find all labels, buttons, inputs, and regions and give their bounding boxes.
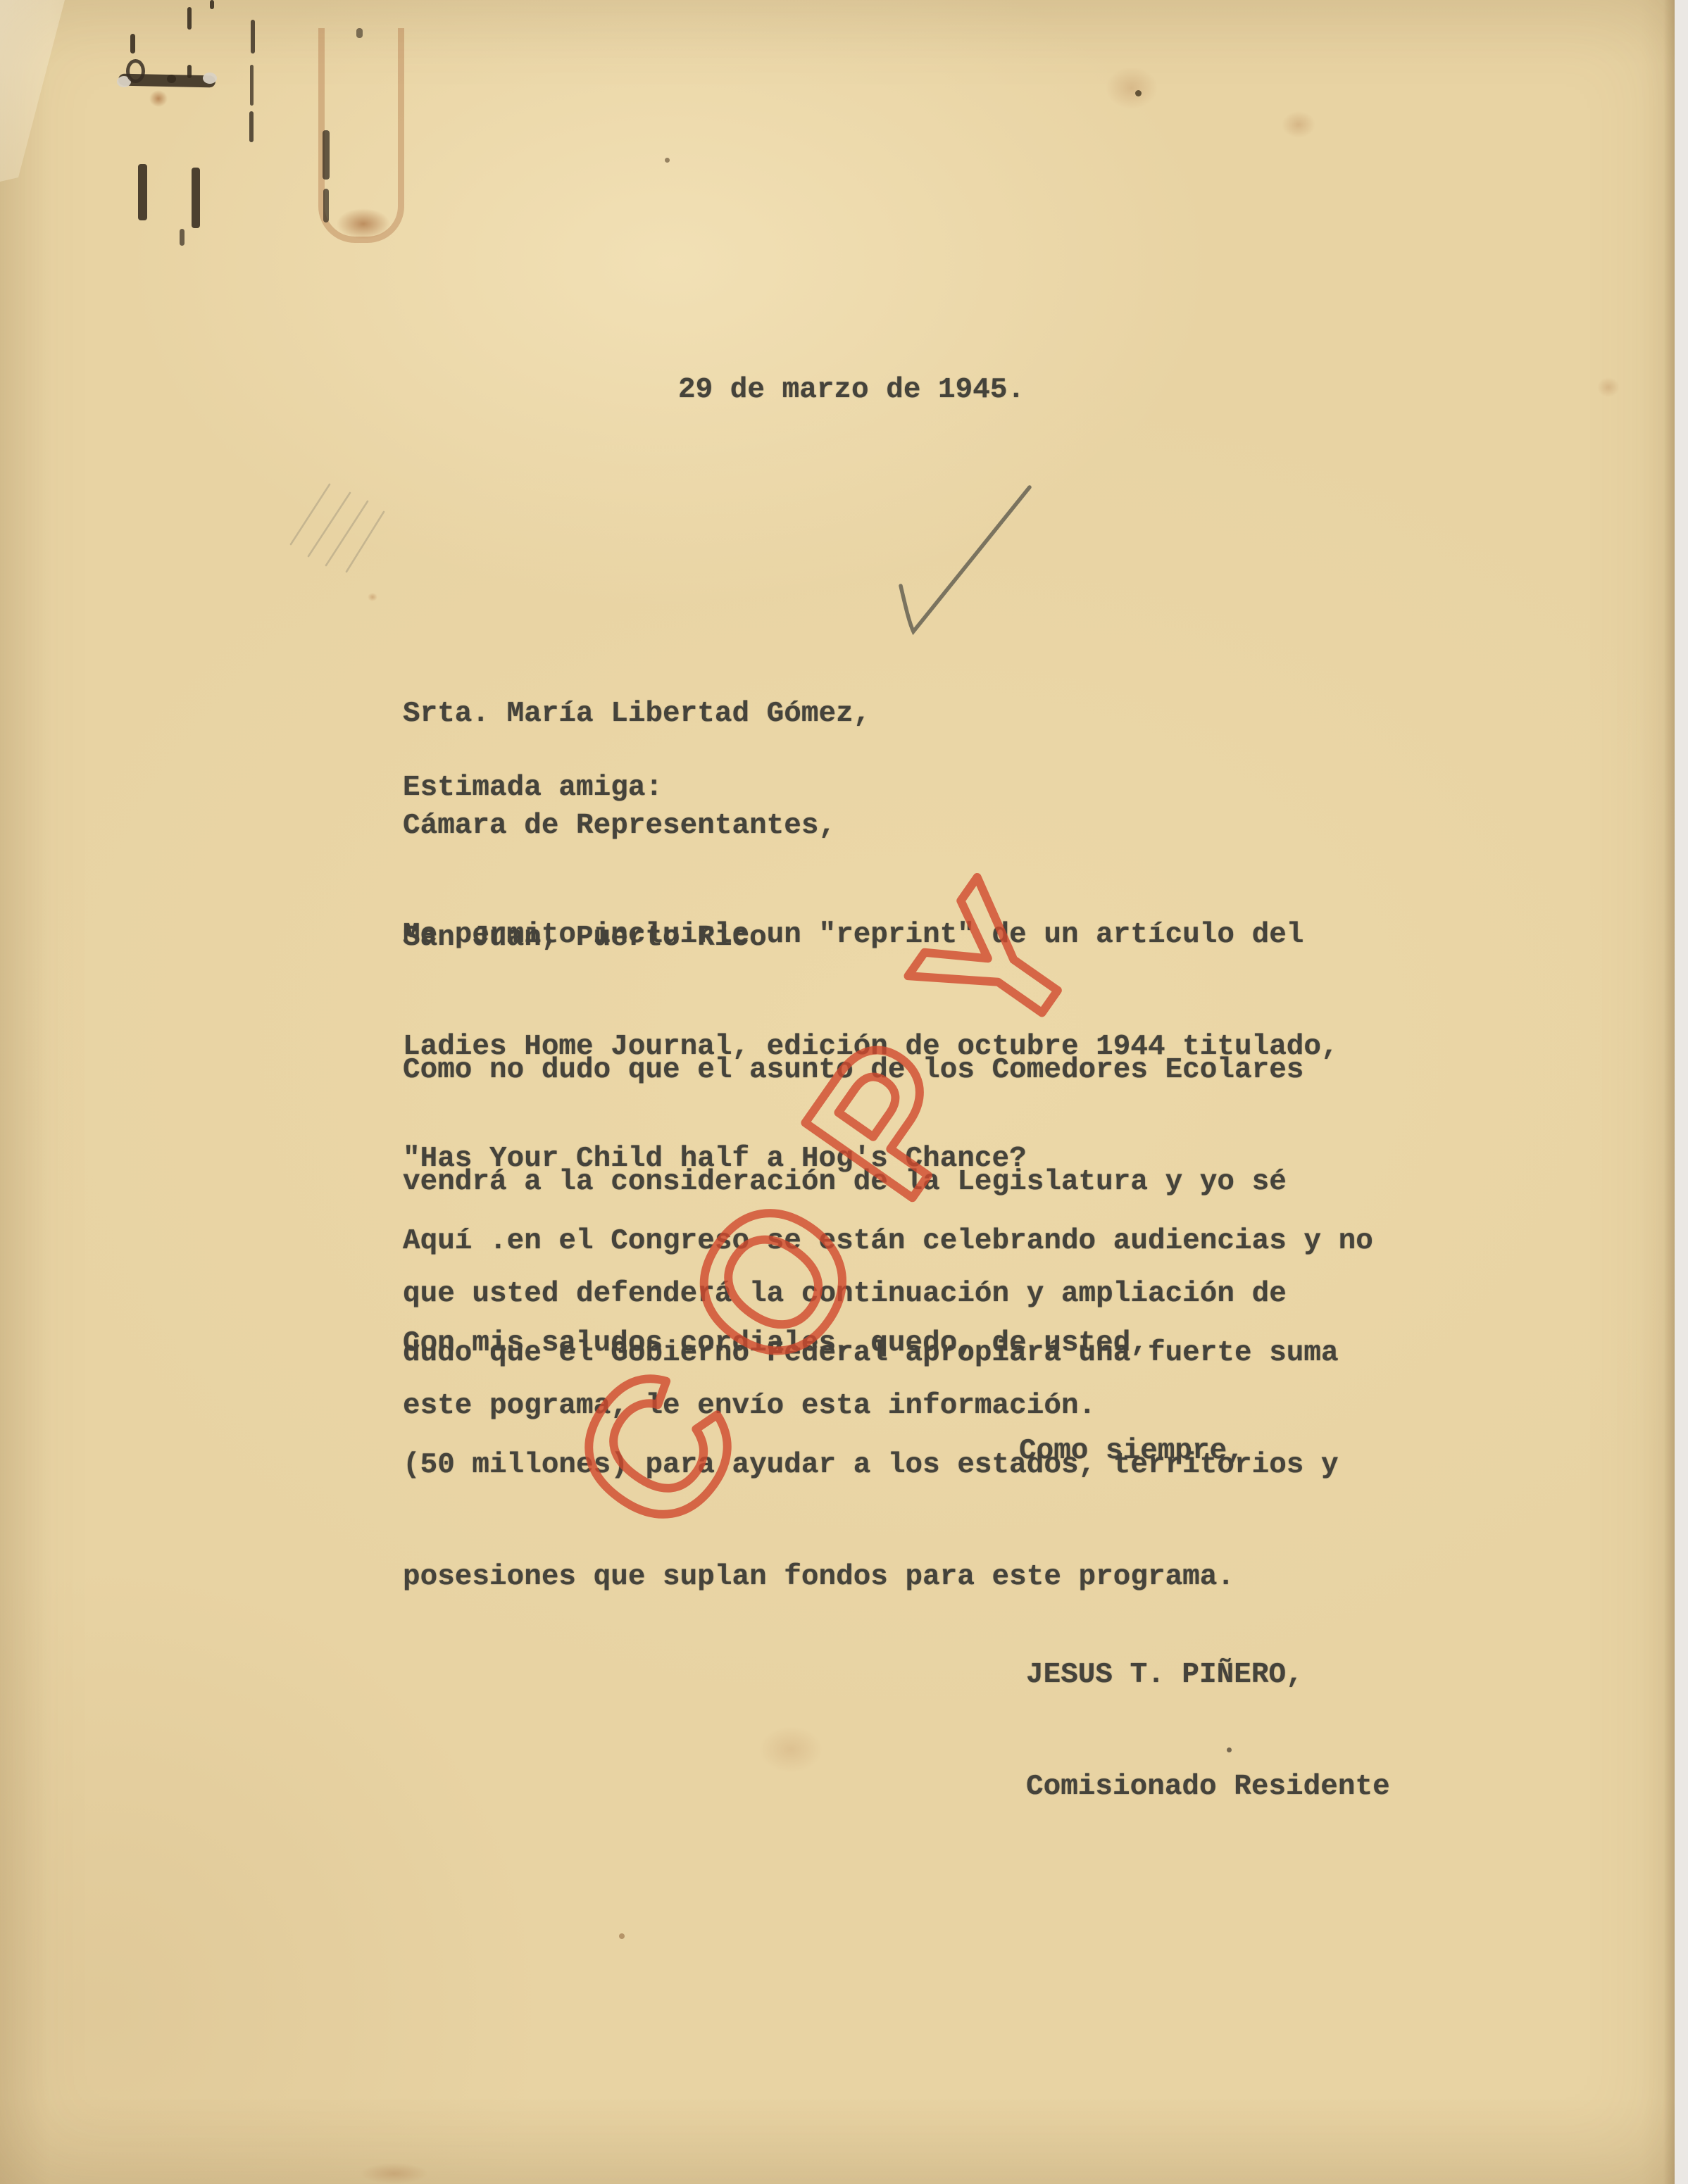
- signature-block: JESUS T. PIÑERO, Comisionado Residente: [1026, 1582, 1390, 1881]
- signature-name: JESUS T. PIÑERO,: [1026, 1657, 1390, 1694]
- recipient-line: Srta. María Libertad Gómez,: [403, 696, 870, 733]
- signature-title: Comisionado Residente: [1026, 1769, 1390, 1806]
- salutation: Estimada amiga:: [403, 770, 663, 807]
- recipient-line: Cámara de Representantes,: [403, 808, 870, 845]
- letter-paper: 29 de marzo de 1945. Srta. María Liberta…: [0, 0, 1675, 2184]
- body-line: Como no dudo que el asunto de los Comedo…: [403, 1052, 1303, 1089]
- paper-edge-shadow: [1663, 0, 1675, 2184]
- scanned-letter-page: 29 de marzo de 1945. Srta. María Liberta…: [0, 0, 1688, 2184]
- date-line: 29 de marzo de 1945.: [678, 372, 1025, 409]
- body-line: Me permito incluirle un "reprint" de un …: [403, 917, 1339, 954]
- scan-background-strip: [1675, 0, 1688, 2184]
- closing-line: Con mis saludos cordiales, quedo, de ust…: [403, 1325, 1148, 1362]
- body-line: Aquí .en el Congreso se están celebrando…: [403, 1223, 1373, 1260]
- valediction: Como siempre,: [1019, 1433, 1244, 1470]
- letter-text: 29 de marzo de 1945. Srta. María Liberta…: [0, 0, 1675, 2184]
